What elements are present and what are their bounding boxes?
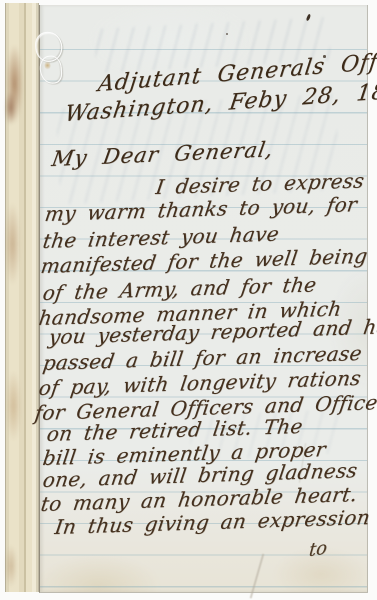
stain bbox=[5, 203, 20, 285]
stain bbox=[5, 545, 17, 587]
letter-page: Adjutant Generals Office Washington, Feb… bbox=[39, 5, 368, 593]
embossed-stamp bbox=[25, 31, 67, 86]
stamp-stain bbox=[44, 61, 51, 70]
scanned-letter: Adjutant Generals Office Washington, Feb… bbox=[0, 0, 377, 600]
catchword: to bbox=[308, 539, 328, 560]
adjacent-page-edge bbox=[5, 3, 39, 592]
ink-speck bbox=[226, 33, 228, 35]
stain bbox=[5, 91, 16, 125]
stain bbox=[6, 371, 21, 441]
